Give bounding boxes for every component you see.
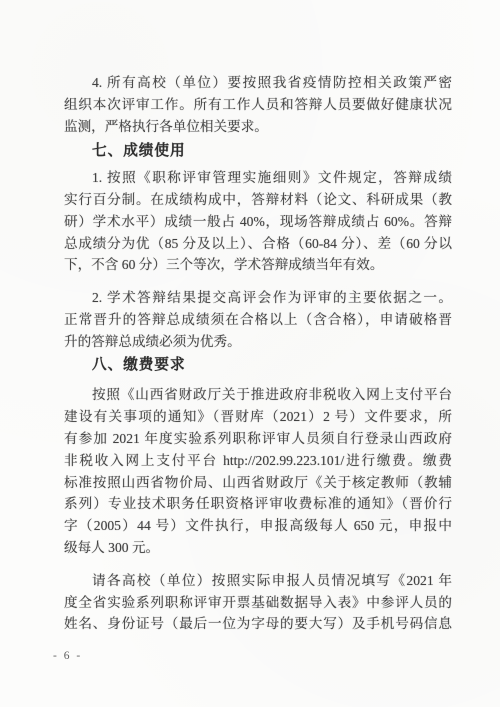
section-heading-scores: 七、成绩使用 bbox=[64, 141, 452, 163]
paragraph-payment: 按照《山西省财政厅关于推进政府非税收入网上支付平台 建设有关事项的通知》（晋财库… bbox=[64, 384, 452, 558]
text-line: 组织本次评审工作。所有工作人员和答辩人员要做好健康状况 bbox=[64, 94, 452, 116]
text-line: 级每人 300 元。 bbox=[64, 537, 452, 559]
paragraph-item-1: 1. 按照《职称评审管理实施细则》文件规定，答辩成绩 实行百分制。在成绩构成中，… bbox=[64, 167, 452, 276]
text-line: 系列）专业技术职务任职资格评审收费标准的通知》（晋价行 bbox=[64, 493, 452, 515]
text-line: 按照《山西省财政厅关于推进政府非税收入网上支付平台 bbox=[64, 384, 452, 406]
paragraph-item-4: 4. 所有高校（单位）要按照我省疫情防控相关政策严密 组织本次评审工作。所有工作… bbox=[64, 72, 452, 137]
text-line: 标准按照山西省物价局、山西省财政厅《关于核定教师（教辅 bbox=[64, 472, 452, 494]
text-line: 2. 学术答辩结果提交高评会作为评审的主要依据之一。 bbox=[64, 287, 452, 309]
text-line: 升的答辩总成绩必须为优秀。 bbox=[64, 331, 452, 353]
text-line: 下，不含 60 分）三个等次，学术答辩成绩当年有效。 bbox=[64, 254, 452, 276]
text-line: 总成绩分为优（85 分及以上）、合格（60-84 分）、差（60 分以 bbox=[64, 233, 452, 255]
text-line: 非税收入网上支付平台 http://202.99.223.101/进行缴费。缴费 bbox=[64, 450, 452, 472]
paragraph-invoice: 请各高校（单位）按照实际申报人员情况填写《2021 年 度全省实验系列职称评审开… bbox=[64, 570, 452, 635]
document-body: 4. 所有高校（单位）要按照我省疫情防控相关政策严密 组织本次评审工作。所有工作… bbox=[64, 72, 452, 635]
text-line: 度全省实验系列职称评审开票基础数据导入表》中参评人员的 bbox=[64, 592, 452, 614]
text-line: 正常晋升的答辩总成绩须在合格以上（含合格），申请破格晋 bbox=[64, 309, 452, 331]
text-line: 字（2005）44 号）文件执行，申报高级每人 650 元，申报中 bbox=[64, 515, 452, 537]
text-line: 监测，严格执行各单位相关要求。 bbox=[64, 116, 452, 138]
text-line: 4. 所有高校（单位）要按照我省疫情防控相关政策严密 bbox=[64, 72, 452, 94]
text-line: 建设有关事项的通知》（晋财库（2021）2 号）文件要求，所 bbox=[64, 406, 452, 428]
text-line: 姓名、身份证号（最后一位为字母的要大写）及手机号码信息 bbox=[64, 613, 452, 635]
text-line: 实行百分制。在成绩构成中，答辩材料（论文、科研成果（教 bbox=[64, 189, 452, 211]
document-page: 4. 所有高校（单位）要按照我省疫情防控相关政策严密 组织本次评审工作。所有工作… bbox=[0, 0, 500, 707]
text-line: 1. 按照《职称评审管理实施细则》文件规定，答辩成绩 bbox=[64, 167, 452, 189]
text-line: 有参加 2021 年度实验系列职称评审人员须自行登录山西政府 bbox=[64, 428, 452, 450]
text-line: 请各高校（单位）按照实际申报人员情况填写《2021 年 bbox=[64, 570, 452, 592]
section-heading-payment: 八、缴费要求 bbox=[64, 355, 452, 377]
text-line: 研）学术水平）成绩一般占 40%，现场答辩成绩占 60%。答辩 bbox=[64, 211, 452, 233]
page-number: - 6 - bbox=[53, 650, 82, 662]
paragraph-item-2: 2. 学术答辩结果提交高评会作为评审的主要依据之一。 正常晋升的答辩总成绩须在合… bbox=[64, 287, 452, 352]
